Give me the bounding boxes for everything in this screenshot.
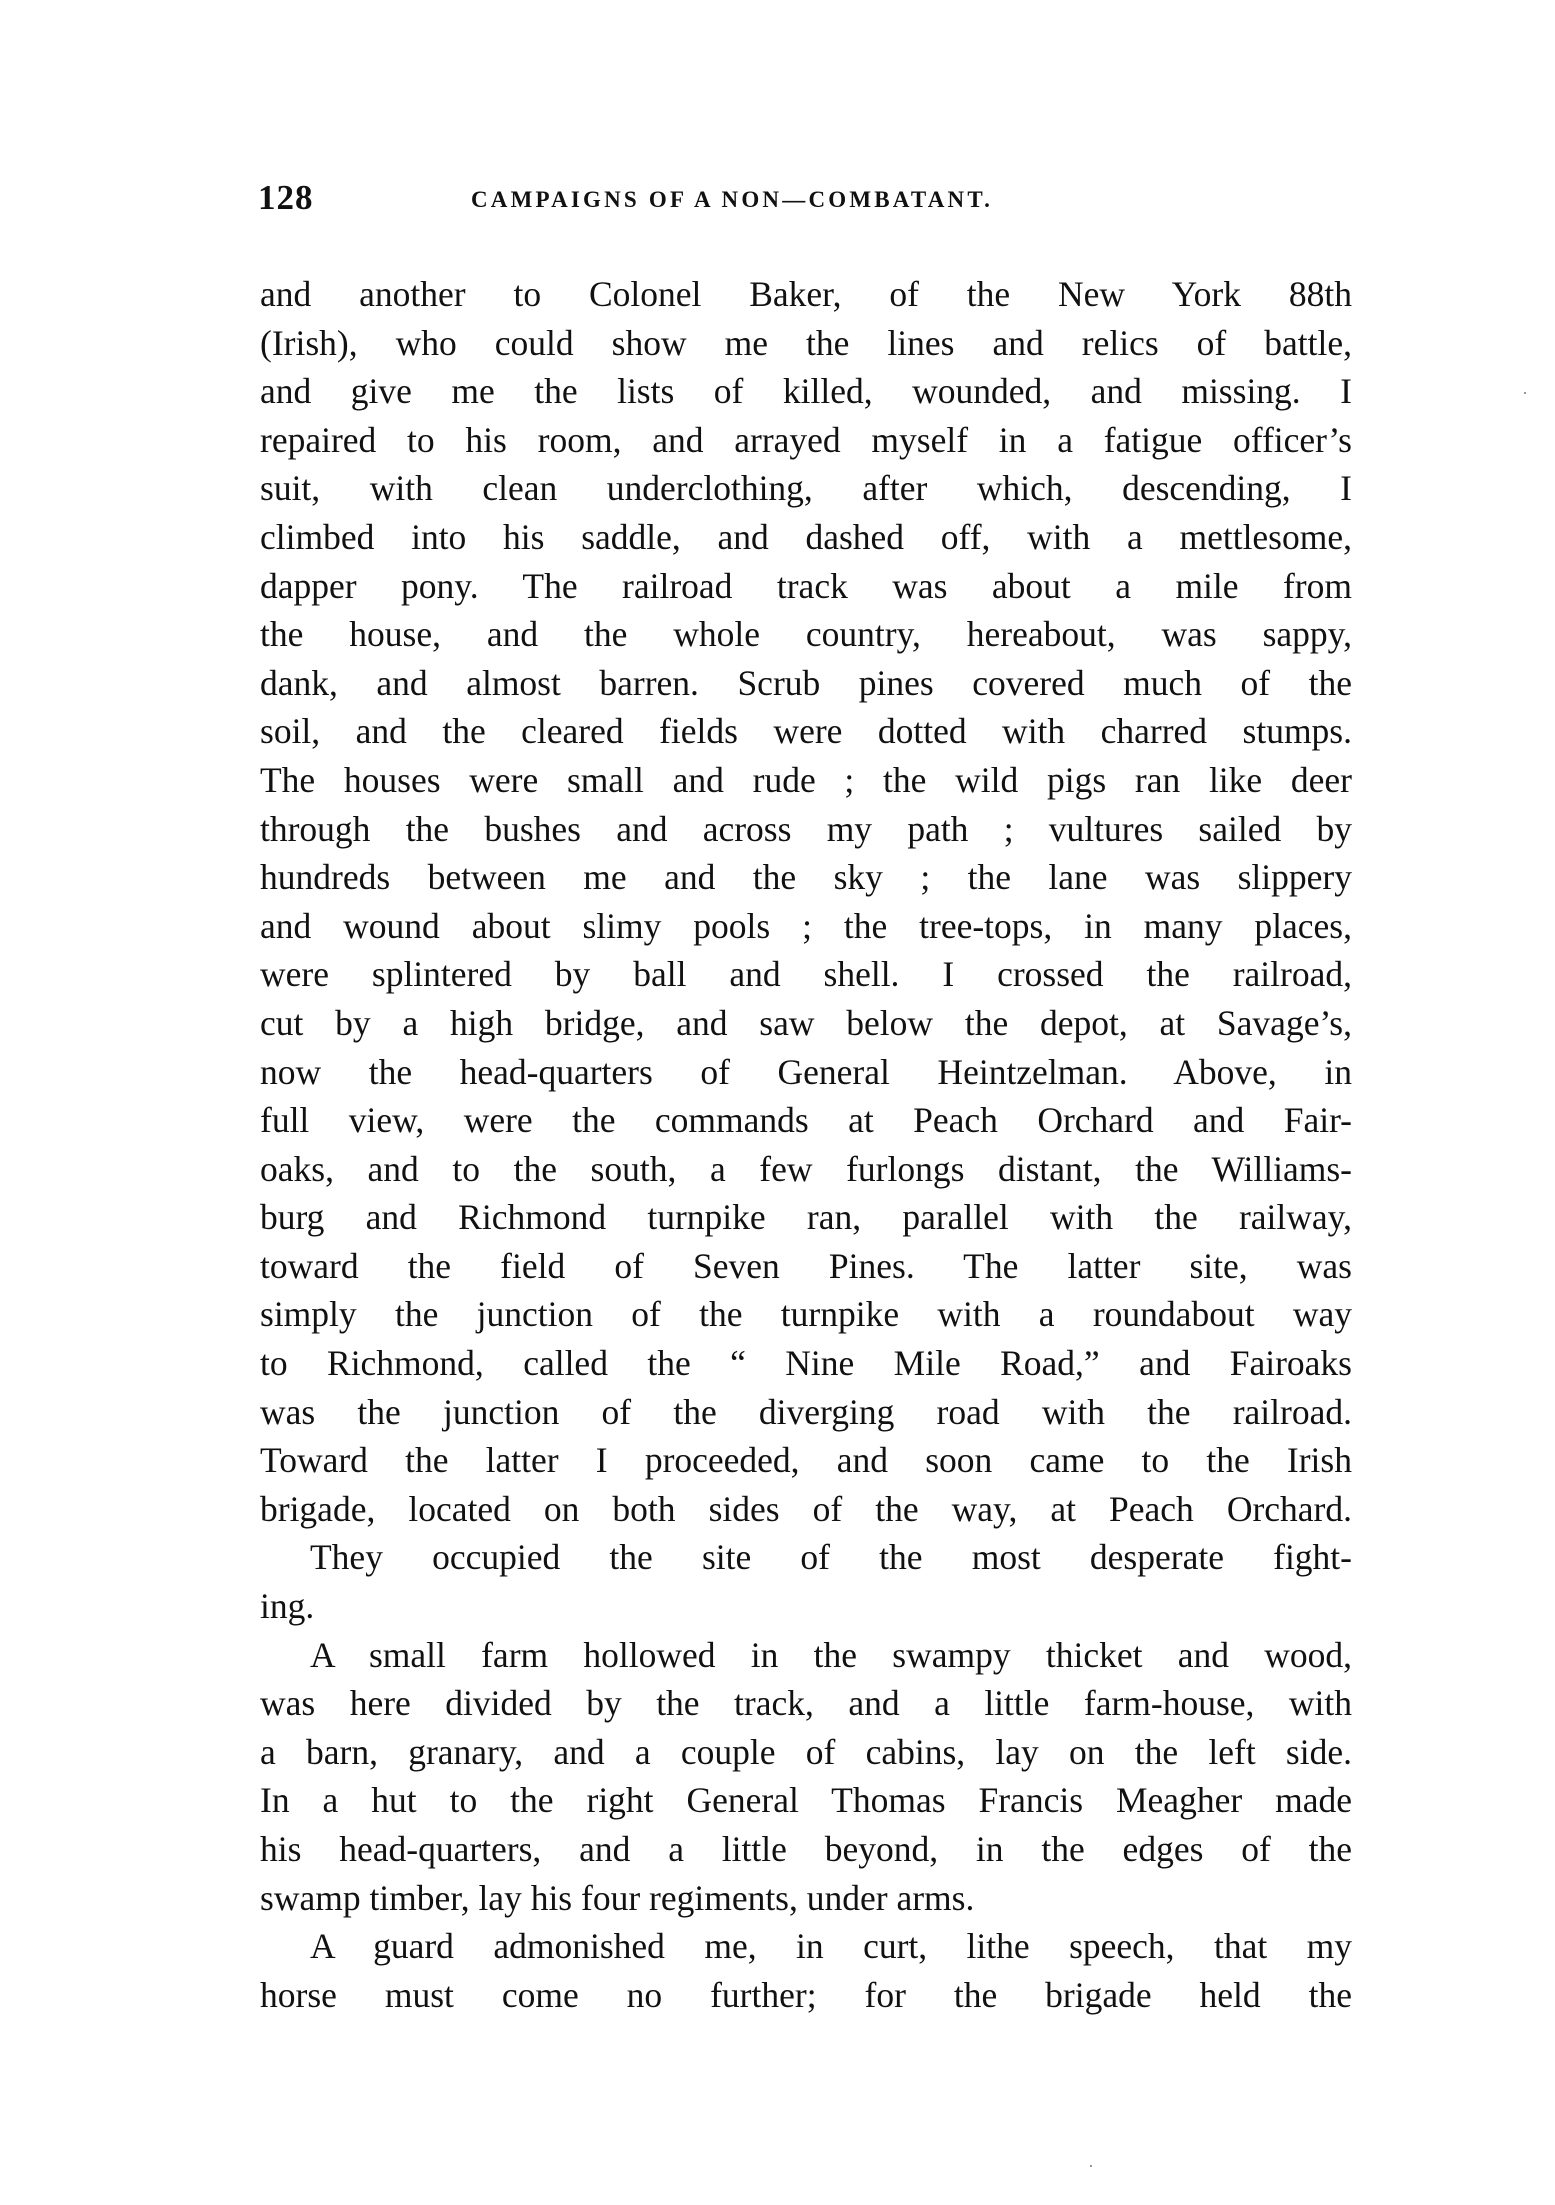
text-line: dapper pony. The railroad track was abou…: [260, 562, 1352, 611]
text-line: A small farm hollowed in the swampy thic…: [260, 1631, 1352, 1680]
paragraph-1: and another to Colonel Baker, of the New…: [260, 270, 1352, 1533]
text-line: ing.: [260, 1582, 1352, 1631]
text-line: climbed into his saddle, and dashed off,…: [260, 513, 1352, 562]
print-speck: [1090, 2165, 1092, 2167]
book-page: 128 CAMPAIGNS OF A NON—COMBATANT. and an…: [0, 0, 1555, 2205]
text-line: brigade, located on both sides of the wa…: [260, 1485, 1352, 1534]
text-line: a barn, granary, and a couple of cabins,…: [260, 1728, 1352, 1777]
text-line: were splintered by ball and shell. I cro…: [260, 950, 1352, 999]
text-line: Toward the latter I proceeded, and soon …: [260, 1436, 1352, 1485]
page-number: 128: [258, 176, 314, 220]
text-line: now the head-quarters of General Heintze…: [260, 1048, 1352, 1097]
text-line: dank, and almost barren. Scrub pines cov…: [260, 659, 1352, 708]
text-line: and wound about slimy pools ; the tree-t…: [260, 902, 1352, 951]
text-line: suit, with clean underclothing, after wh…: [260, 464, 1352, 513]
text-line: and another to Colonel Baker, of the New…: [260, 270, 1352, 319]
text-line: and give me the lists of killed, wounded…: [260, 367, 1352, 416]
paragraph-2: They occupied the site of the most despe…: [260, 1533, 1352, 1630]
text-line: The houses were small and rude ; the wil…: [260, 756, 1352, 805]
text-line: swamp timber, lay his four regiments, un…: [260, 1874, 1352, 1923]
text-line: soil, and the cleared fields were dotted…: [260, 707, 1352, 756]
text-line: horse must come no further; for the brig…: [260, 1971, 1352, 2020]
body-text: and another to Colonel Baker, of the New…: [260, 270, 1352, 2019]
text-line: cut by a high bridge, and saw below the …: [260, 999, 1352, 1048]
text-line: through the bushes and across my path ; …: [260, 805, 1352, 854]
text-line: was the junction of the diverging road w…: [260, 1388, 1352, 1437]
text-line: In a hut to the right General Thomas Fra…: [260, 1776, 1352, 1825]
running-title: CAMPAIGNS OF A NON—COMBATANT.: [471, 178, 993, 222]
text-line: repaired to his room, and arrayed myself…: [260, 416, 1352, 465]
text-line: oaks, and to the south, a few furlongs d…: [260, 1145, 1352, 1194]
text-line: simply the junction of the turnpike with…: [260, 1290, 1352, 1339]
running-head: 128 CAMPAIGNS OF A NON—COMBATANT.: [258, 176, 1358, 220]
text-line: was here divided by the track, and a lit…: [260, 1679, 1352, 1728]
text-line: full view, were the commands at Peach Or…: [260, 1096, 1352, 1145]
text-line: They occupied the site of the most despe…: [260, 1533, 1352, 1582]
text-line: A guard admonished me, in curt, lithe sp…: [260, 1922, 1352, 1971]
print-speck: [1524, 392, 1526, 394]
paragraph-4: A guard admonished me, in curt, lithe sp…: [260, 1922, 1352, 2019]
text-line: his head-quarters, and a little beyond, …: [260, 1825, 1352, 1874]
text-line: the house, and the whole country, hereab…: [260, 610, 1352, 659]
text-line: toward the field of Seven Pines. The lat…: [260, 1242, 1352, 1291]
text-line: (Irish), who could show me the lines and…: [260, 319, 1352, 368]
text-line: hundreds between me and the sky ; the la…: [260, 853, 1352, 902]
paragraph-3: A small farm hollowed in the swampy thic…: [260, 1631, 1352, 1923]
text-line: burg and Richmond turnpike ran, parallel…: [260, 1193, 1352, 1242]
text-line: to Richmond, called the “ Nine Mile Road…: [260, 1339, 1352, 1388]
